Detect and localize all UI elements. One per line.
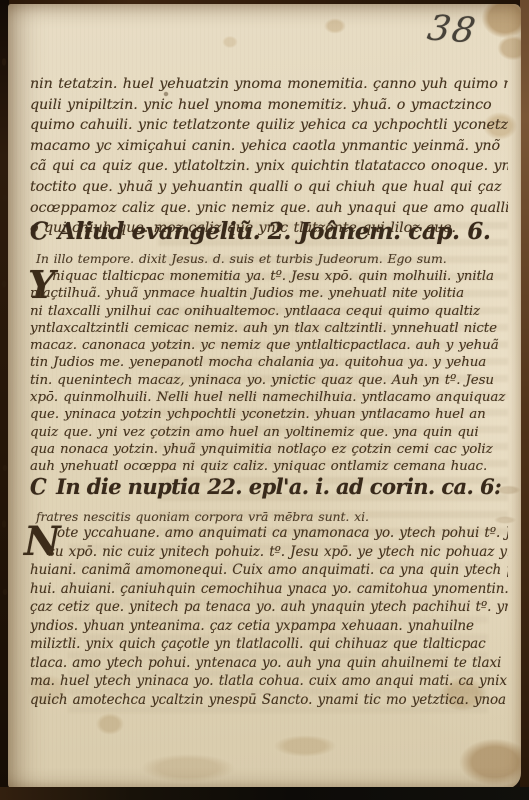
capitulum-mark: C [30, 473, 46, 499]
manuscript-line: su xpō. nic cuiz ynitech pohuiz. tº. Jes… [30, 543, 508, 562]
epistle-latin-incipit: fratres nescitis quoniam corpora vrā mēb… [36, 509, 369, 524]
gospel-section-heading: CAliud evangeliũ. 2. Joânem. cap. 6. [30, 218, 490, 245]
manuscript-page: 38 nin tetatzin. huel yehuatzin ynoma mo… [8, 4, 521, 789]
gospel-text-block: niquac tlalticpac monemitia ya. tº. Jesu… [30, 268, 508, 476]
manuscript-line: auh ynehuatl ocœppa ni quiz caliz. yniqu… [30, 458, 508, 475]
manuscript-line: que. yninaca yotzin ychpochtli yconetzin… [30, 406, 508, 423]
manuscript-line: quich amotechca ycaltzin ynespū Sancto. … [30, 691, 508, 710]
manuscript-line: macaz. canonaca yotzin. yc nemiz que ynt… [30, 337, 508, 354]
manuscript-line: xpō. quinmolhuili. Nelli huel nelli name… [30, 389, 508, 406]
manuscript-line: huiani. canimã amomonequi. Cuix amo anqu… [30, 561, 508, 580]
manuscript-scan: 38 nin tetatzin. huel yehuatzin ynoma mo… [0, 0, 529, 800]
manuscript-line: yndios. yhuan ynteanima. çaz cetia yxpam… [30, 617, 508, 636]
gospel-heading-text: Aliud evangeliũ. 2. Joânem. cap. 6. [58, 218, 491, 245]
manuscript-line: tin. quenintech macaz, yninaca yo. ynict… [30, 372, 508, 389]
manuscript-line: ote yccahuane. amo anquimati ca ynamonac… [30, 524, 508, 543]
manuscript-line: hui. ahuiani. çaniuhquin cemochihua ynac… [30, 580, 508, 599]
manuscript-line: yntlaxcaltzintli cemicac nemiz. auh yn t… [30, 320, 508, 337]
manuscript-line: toctito que. yhuã y yehuantin qualli o q… [30, 177, 508, 198]
manuscript-line: çaz cetiz que. ynitech pa tenaca yo. auh… [30, 598, 508, 617]
manuscript-line: tin Judios me. yenepanotl mocha chalania… [30, 354, 508, 371]
folio-number: 38 [425, 9, 480, 52]
manuscript-line: niquac tlalticpac monemitia ya. tº. Jesu… [30, 268, 508, 285]
manuscript-line: quiz que. yni vez çotzin amo huel an yol… [30, 424, 508, 441]
capitulum-mark: C [30, 217, 48, 245]
continuation-text-block: nin tetatzin. huel yehuatzin ynoma monem… [30, 74, 508, 239]
epistle-heading-text: In die nuptia 22. epl'a. i. ad corin. ca… [56, 474, 501, 499]
manuscript-line: ni tlaxcalli ynilhui cac onihualtemoc. y… [30, 303, 508, 320]
manuscript-line: quili ynipiltzin. ynic huel ynoma monemi… [30, 95, 508, 116]
manuscript-line: macamo yc ximiçahui canin. yehica caotla… [30, 136, 508, 157]
book-edge-right [520, 0, 529, 790]
manuscript-line: qua nonaca yotzin. yhuã ynquimitia notla… [30, 441, 508, 458]
manuscript-line: miliztli. ynix quich çaçotle yn tlatlaco… [30, 635, 508, 654]
gospel-latin-incipit: In illo tempore. dixit Jesus. d. suis et… [36, 251, 447, 266]
manuscript-line: tlaca. amo ytech pohui. yntenaca yo. auh… [30, 654, 508, 673]
manuscript-line: ma. huel ytech yninaca yo. tlatla cohua.… [30, 672, 508, 691]
manuscript-line: nin tetatzin. huel yehuatzin ynoma monem… [30, 74, 508, 95]
epistle-section-heading: CIn die nuptia 22. epl'a. i. ad corin. c… [30, 474, 501, 499]
manuscript-line: quimo cahuili. ynic tetlatzonte quiliz y… [30, 115, 508, 136]
manuscript-line: ocœppamoz caliz que. ynic nemiz que. auh… [30, 198, 508, 219]
manuscript-line: maçtilhuã. yhuã ynmace hualtin Judios me… [30, 285, 508, 302]
manuscript-line: cã qui ca quiz que. ytlatoltzin. ynix qu… [30, 156, 508, 177]
book-edge-bottom [0, 787, 529, 800]
epistle-text-block: ote yccahuane. amo anquimati ca ynamonac… [30, 524, 508, 709]
